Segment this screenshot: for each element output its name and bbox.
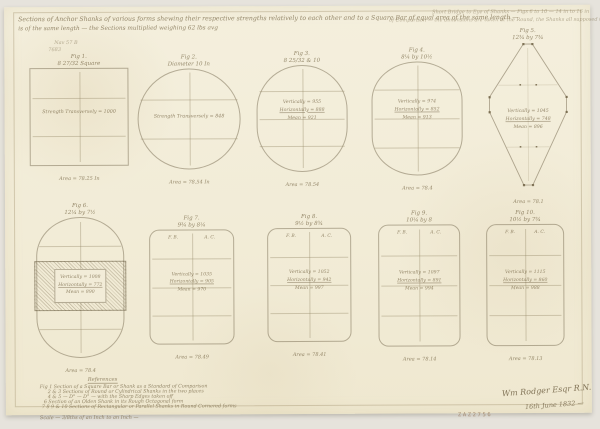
fig8-mean-strength: Mean = 997 — [268, 285, 350, 293]
fig6-vertical-strength: Vertically = 1008 — [55, 274, 105, 282]
fig4-mean-strength: Mean = 913 — [373, 114, 462, 122]
figure-10: Fig 10. 10½ by 7¾ F. B. A. C. Vertically… — [486, 210, 565, 362]
figure-1: Fig 1. 8 27/32 Square Strength Transvers… — [29, 54, 129, 182]
fig7-label: Fig 7. — [149, 215, 234, 221]
paper-sheet: Sections of Anchor Shanks of various for… — [4, 5, 592, 416]
fig3-mean-strength: Mean = 921 — [258, 114, 347, 122]
point-label: F. B. — [397, 231, 407, 236]
figure-3: Fig 3. 8 25/32 & 10 Vertically = 955 Hor… — [256, 51, 348, 188]
fig6-hatched-band: Vertically = 1008 Horizontally = 772 Mea… — [34, 261, 126, 311]
fig9-area: Area = 78.14 — [379, 356, 461, 362]
fig10-dimension: 10½ by 7¾ — [486, 217, 564, 223]
guide-line — [141, 139, 238, 140]
figure-9: Fig 9. 10¼ by 8 F. B. A. C. Vertically =… — [378, 210, 461, 362]
guide-line — [270, 257, 349, 258]
guide-line — [489, 315, 562, 316]
point-label: A. C. — [204, 235, 215, 240]
point-label: F. B. — [286, 234, 296, 239]
guide-line — [33, 136, 126, 137]
fig8-dimension: 9½ by 8¾ — [267, 221, 351, 227]
figure-8: Fig 8. 9½ by 8¾ F. B. A. C. Vertically =… — [267, 214, 352, 358]
fig5-area: Area = 78.1 — [487, 199, 570, 205]
fig8-area: Area = 78.41 — [268, 352, 352, 358]
fig4-area: Area = 78.4 — [372, 185, 463, 191]
figure-4: Fig 4. 8¼ by 10½ Vertically = 974 Horizo… — [371, 47, 463, 191]
figure-6: Fig 6. 12¼ by 7½ Vertically = 1008 Horiz… — [36, 203, 125, 374]
guide-line — [259, 146, 344, 147]
fig4-dimension: 8¼ by 10½ — [371, 54, 462, 60]
point-label: A. C. — [430, 230, 441, 235]
guide-line — [381, 255, 458, 256]
guide-line — [152, 315, 232, 316]
fig3-section-outline: Vertically = 955 Horizontally = 888 Mean… — [256, 65, 347, 172]
point-label: F. B. — [168, 236, 178, 241]
shelf-mark-1: Nav 57 B — [54, 40, 77, 46]
fig7-mean-strength: Mean = 970 — [150, 287, 233, 295]
fig10-area: Area = 78.13 — [487, 356, 565, 362]
fig9-label: Fig 9. — [378, 210, 460, 216]
fig7-rect-outline: F. B. A. C. Vertically = 1035 Horizontal… — [149, 229, 235, 344]
fig3-dimension: 8 25/32 & 10 — [256, 58, 347, 64]
fig1-area: Area = 78.25 In — [30, 176, 129, 182]
fig5-dimension: 12¾ by 7¾ — [486, 35, 569, 41]
fig2-strength-note: Strength Transversely = 848 — [139, 113, 240, 122]
guide-line — [381, 315, 458, 316]
fig2-circle-outline: Strength Transversely = 848 — [137, 68, 240, 169]
guide-line — [259, 91, 344, 92]
guide-line — [141, 99, 238, 100]
fig5-label: Fig 5. — [486, 28, 569, 34]
fig9-rect-outline: F. B. A. C. Vertically = 1097 Horizontal… — [378, 224, 461, 346]
guide-line — [489, 255, 562, 256]
guide-line — [374, 89, 459, 90]
fig2-area: Area = 78.54 In — [138, 179, 241, 185]
fig10-rect-outline: F. B. A. C. Vertically = 1115 Horizontal… — [486, 224, 565, 346]
fig6-dimension: 12¼ by 7½ — [36, 210, 124, 216]
shelf-mark-2: 7683 — [48, 47, 61, 53]
fig1-square-outline: Strength Transversely = 1000 — [29, 68, 128, 166]
fig10-mean-strength: Mean = 988 — [487, 285, 563, 293]
figure-7: Fig 7. 9¾ by 8¼ F. B. A. C. Vertically =… — [149, 215, 235, 360]
figure-2: Fig 2. Diameter 10 In Strength Transvers… — [137, 54, 241, 185]
fig2-dimension: Diameter 10 In — [137, 61, 240, 67]
reference-line-5: 7 8 9 & 10 Sections of Rectangular or Pa… — [42, 404, 237, 410]
guide-line — [32, 98, 125, 99]
guide-line — [39, 329, 122, 330]
fig10-label: Fig 10. — [486, 210, 564, 216]
fig8-rect-outline: F. B. A. C. Vertically = 1052 Horizontal… — [267, 228, 351, 342]
title-right-note-1: Short Bridge to Eye of Shanks — Figs 6 t… — [432, 9, 589, 16]
fig6-area: Area = 78.4 — [37, 368, 125, 374]
fig9-mean-strength: Mean = 994 — [379, 285, 459, 293]
point-label: A. C. — [534, 230, 545, 235]
references-heading: References — [88, 377, 118, 384]
fig2-label: Fig 2. — [137, 54, 240, 60]
guide-line — [374, 147, 459, 148]
catalogue-stamp: ZAZ2756 — [458, 412, 492, 418]
fig5-mean-strength: Mean = 896 — [487, 124, 570, 132]
fig1-dimension: 8 27/32 Square — [29, 61, 128, 67]
title-line-2: is of the same length — the Sections mul… — [18, 25, 218, 32]
fig3-area: Area = 78.54 — [257, 182, 348, 188]
fig1-strength-note: Strength Transversely = 1000 — [31, 109, 128, 118]
fig7-dimension: 9¾ by 8¼ — [149, 222, 234, 228]
point-label: F. B. — [505, 230, 515, 235]
fig8-label: Fig 8. — [267, 214, 351, 220]
fig9-dimension: 10¼ by 8 — [378, 217, 460, 223]
point-label: A. C. — [321, 234, 332, 239]
guide-line — [39, 246, 122, 247]
fig7-area: Area = 78.49 — [150, 354, 235, 360]
fig4-label: Fig 4. — [371, 47, 462, 53]
guide-line — [152, 259, 232, 260]
title-right-note-2: of Comparison — the dimensions are taken… — [389, 17, 600, 24]
scale-note: Scale — 3/8ths of an Inch to an Inch — — [40, 415, 139, 421]
fig6-label: Fig 6. — [36, 203, 124, 209]
guide-line — [270, 313, 349, 314]
fig6-band-panel: Vertically = 1008 Horizontally = 772 Mea… — [54, 269, 106, 303]
scanned-drawing-sheet: Sections of Anchor Shanks of various for… — [0, 0, 600, 429]
fig4-section-outline: Vertically = 974 Horizontally = 852 Mean… — [371, 61, 462, 175]
figure-5: Fig 5. 12¾ by 7¾ Vertically = 1045 Ho — [486, 28, 570, 205]
fig6-mean-strength: Mean = 890 — [55, 289, 105, 297]
fig3-label: Fig 3. — [256, 51, 347, 57]
fig6-horizontal-strength: Horizontally = 772 — [55, 281, 105, 289]
fig1-label: Fig 1. — [29, 54, 128, 60]
